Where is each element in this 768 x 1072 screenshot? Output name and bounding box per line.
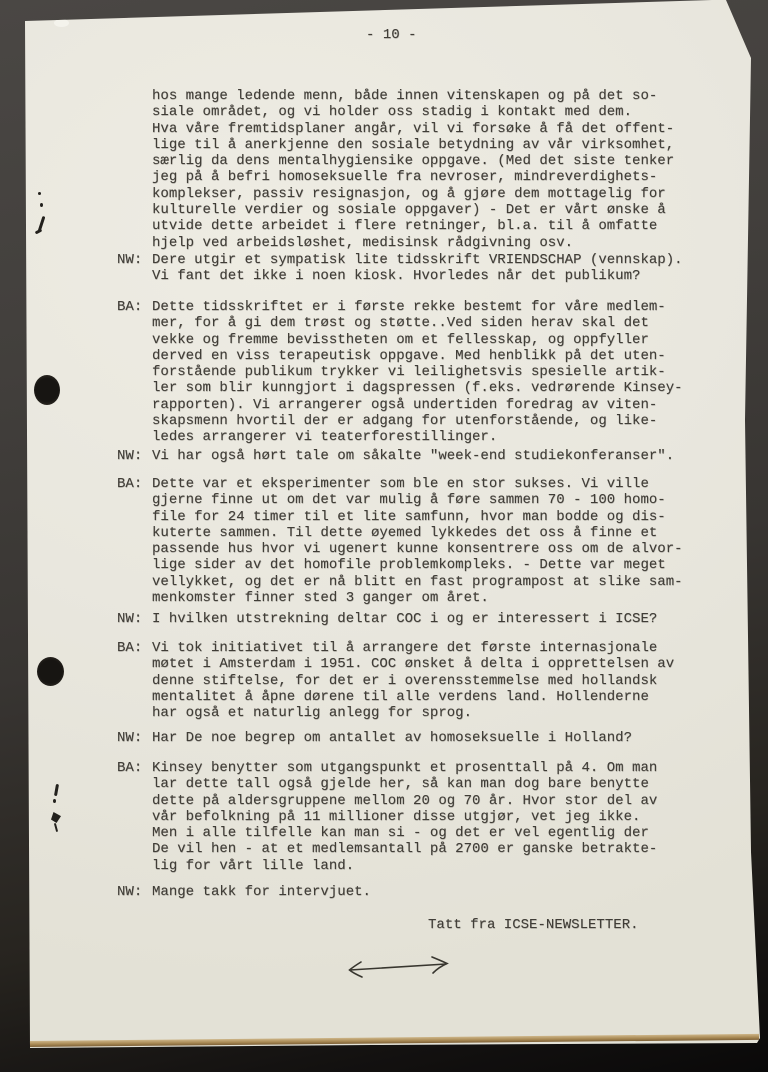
text-line: utvide dette arbeidet i flere retninger,…	[152, 218, 674, 234]
text-line: file for 24 timer til et lite samfunn, h…	[152, 509, 683, 525]
text-line: Vi tok initiativet til å arrangere det f…	[152, 640, 674, 656]
text-line: har også et naturlig anlegg for sprog.	[152, 705, 674, 721]
text-line: forstående publikum trykker vi leilighet…	[152, 364, 683, 380]
text-line: I hvilken utstrekning deltar COC i og er…	[152, 611, 657, 627]
text-line: siale området, og vi holder oss stadig i…	[152, 104, 674, 120]
dialogue-lines: Kinsey benytter som utgangspunkt et pros…	[152, 760, 657, 874]
text-line: Hva våre fremtidsplaner angår, vil vi fo…	[152, 121, 674, 137]
attribution-line: Tatt fra ICSE-NEWSLETTER.	[428, 917, 639, 933]
text-line: dette på aldersgruppene mellom 20 og 70 …	[152, 793, 657, 809]
text-line: kuterte sammen. Til dette øyemed lykkede…	[152, 525, 683, 541]
text-line: Men i alle tilfelle kan man si - og det …	[152, 825, 657, 841]
text-line: vellykket, og det er nå blitt en fast pr…	[152, 574, 683, 590]
text-line: Vi har også hørt tale om såkalte "week-e…	[152, 448, 674, 464]
text-line: Dere utgir et sympatisk lite tidsskrift …	[152, 252, 683, 268]
text-line: Mange takk for intervjuet.	[152, 884, 371, 900]
text-line: lar dette tall også gjelde her, så kan m…	[152, 776, 657, 792]
dialogue-lines: Dere utgir et sympatisk lite tidsskrift …	[152, 252, 683, 285]
text-line: kulturelle verdier og sosiale oppgaver) …	[152, 202, 674, 218]
text-line: gjerne finne ut om det var mulig å føre …	[152, 492, 683, 508]
double-arrow-mark	[340, 953, 464, 981]
text-line: Dette tidsskriftet er i første rekke bes…	[152, 299, 683, 315]
text-line: Dette var et eksperimenter som ble en st…	[152, 476, 683, 492]
dialogue-block-ba-1: BA: Dette tidsskriftet er i første rekke…	[117, 299, 683, 446]
paper-blemish	[54, 19, 69, 27]
dialogue-block-ba-3: BA: Vi tok initiativet til å arrangere d…	[117, 640, 674, 721]
text-line: Vi fant det ikke i noen kiosk. Hvorledes…	[152, 268, 683, 284]
text-line: møtet i Amsterdam i 1951. COC ønsket å d…	[152, 656, 674, 672]
text-line: passende hus hvor vi ugenert kunne konse…	[152, 541, 683, 557]
text-line: ledes arrangerer vi teaterforestillinger…	[152, 429, 683, 445]
intro-lines: hos mange ledende menn, både innen viten…	[152, 88, 674, 251]
text-line: komplekser, passiv resignasjon, og å gjø…	[152, 186, 674, 202]
text-line: derved en viss terapeutisk oppgave. Med …	[152, 348, 683, 364]
text-line: lige til å anerkjenne den sosiale betydn…	[152, 137, 674, 153]
ink-mark-dot	[38, 192, 41, 195]
text-line: særlig da dens mentalhygiensike oppgave.…	[152, 153, 674, 169]
text-line: denne stiftelse, for det er i overensste…	[152, 673, 674, 689]
dialogue-block-nw-1: NW: Dere utgir et sympatisk lite tidsskr…	[117, 252, 683, 285]
dialogue-lines: I hvilken utstrekning deltar COC i og er…	[152, 611, 657, 627]
document-page: - 10 - hos mange ledende menn, både inne…	[0, 0, 768, 1072]
text-line: lig for vårt lille land.	[152, 858, 657, 874]
text-line: rapporten). Vi arrangerer også undertide…	[152, 397, 683, 413]
speaker-label: NW:	[117, 252, 152, 268]
text-line: hjelp ved arbeidsløshet, medisinsk rådgi…	[152, 235, 674, 251]
dialogue-lines: Vi tok initiativet til å arrangere det f…	[152, 640, 674, 721]
text-line: jeg på å befri homoseksuelle fra nevrose…	[152, 169, 674, 185]
text-line: Kinsey benytter som utgangspunkt et pros…	[152, 760, 657, 776]
dialogue-block-nw-5: NW: Mange takk for intervjuet.	[117, 884, 371, 900]
punch-hole-top	[34, 375, 60, 405]
scanned-document-background: - 10 - hos mange ledende menn, både inne…	[0, 0, 768, 1072]
text-line: ler som blir kunngjort i dagspressen (f.…	[152, 380, 683, 396]
speaker-label: BA:	[117, 476, 152, 492]
speaker-label: BA:	[117, 640, 152, 656]
ink-mark-tail	[54, 823, 58, 832]
ink-mark-stroke	[54, 784, 59, 796]
speaker-label: NW:	[117, 448, 152, 464]
punch-hole-bottom	[37, 657, 64, 686]
text-line: vår befolkning på 11 millioner disse utg…	[152, 809, 657, 825]
page-number: - 10 -	[366, 27, 417, 43]
text-line: lige sider av det homofile problemkomple…	[152, 557, 683, 573]
dialogue-lines: Dette var et eksperimenter som ble en st…	[152, 476, 683, 606]
text-line: hos mange ledende menn, både innen viten…	[152, 88, 674, 104]
text-line: skapsmenn hvortil der er adgang for uten…	[152, 413, 683, 429]
page-bottom-edge	[28, 1034, 759, 1047]
text-line: vekke og fremme bevisstheten om et felle…	[152, 332, 683, 348]
paragraph-intro: hos mange ledende menn, både innen viten…	[152, 88, 674, 251]
speaker-label: BA:	[117, 299, 152, 315]
speaker-label: NW:	[117, 730, 152, 746]
ink-mark-blot	[51, 812, 61, 823]
speaker-label: NW:	[117, 611, 152, 627]
dialogue-lines: Mange takk for intervjuet.	[152, 884, 371, 900]
ink-mark-dot	[53, 799, 56, 803]
text-line: De vil hen - at et medlemsantall på 2700…	[152, 841, 657, 857]
ink-mark-hook	[35, 229, 43, 235]
dialogue-lines: Har De noe begrep om antallet av homosek…	[152, 730, 632, 746]
dialogue-block-ba-2: BA: Dette var et eksperimenter som ble e…	[117, 476, 683, 606]
text-line: mer, for å gi dem trøst og støtte..Ved s…	[152, 315, 683, 331]
dialogue-block-ba-4: BA: Kinsey benytter som utgangspunkt et …	[117, 760, 657, 874]
ink-mark-dot	[40, 203, 43, 207]
text-line: Har De noe begrep om antallet av homosek…	[152, 730, 632, 746]
dialogue-lines: Dette tidsskriftet er i første rekke bes…	[152, 299, 683, 446]
speaker-label: NW:	[117, 884, 152, 900]
text-line: menkomster finner sted 3 ganger om året.	[152, 590, 683, 606]
speaker-label: BA:	[117, 760, 152, 776]
text-line: mentalitet å åpne dørene til alle verden…	[152, 689, 674, 705]
dialogue-block-nw-4: NW: Har De noe begrep om antallet av hom…	[117, 730, 632, 746]
dialogue-block-nw-2: NW: Vi har også hørt tale om såkalte "we…	[117, 448, 674, 464]
dialogue-block-nw-3: NW: I hvilken utstrekning deltar COC i o…	[117, 611, 657, 627]
dialogue-lines: Vi har også hørt tale om såkalte "week-e…	[152, 448, 674, 464]
